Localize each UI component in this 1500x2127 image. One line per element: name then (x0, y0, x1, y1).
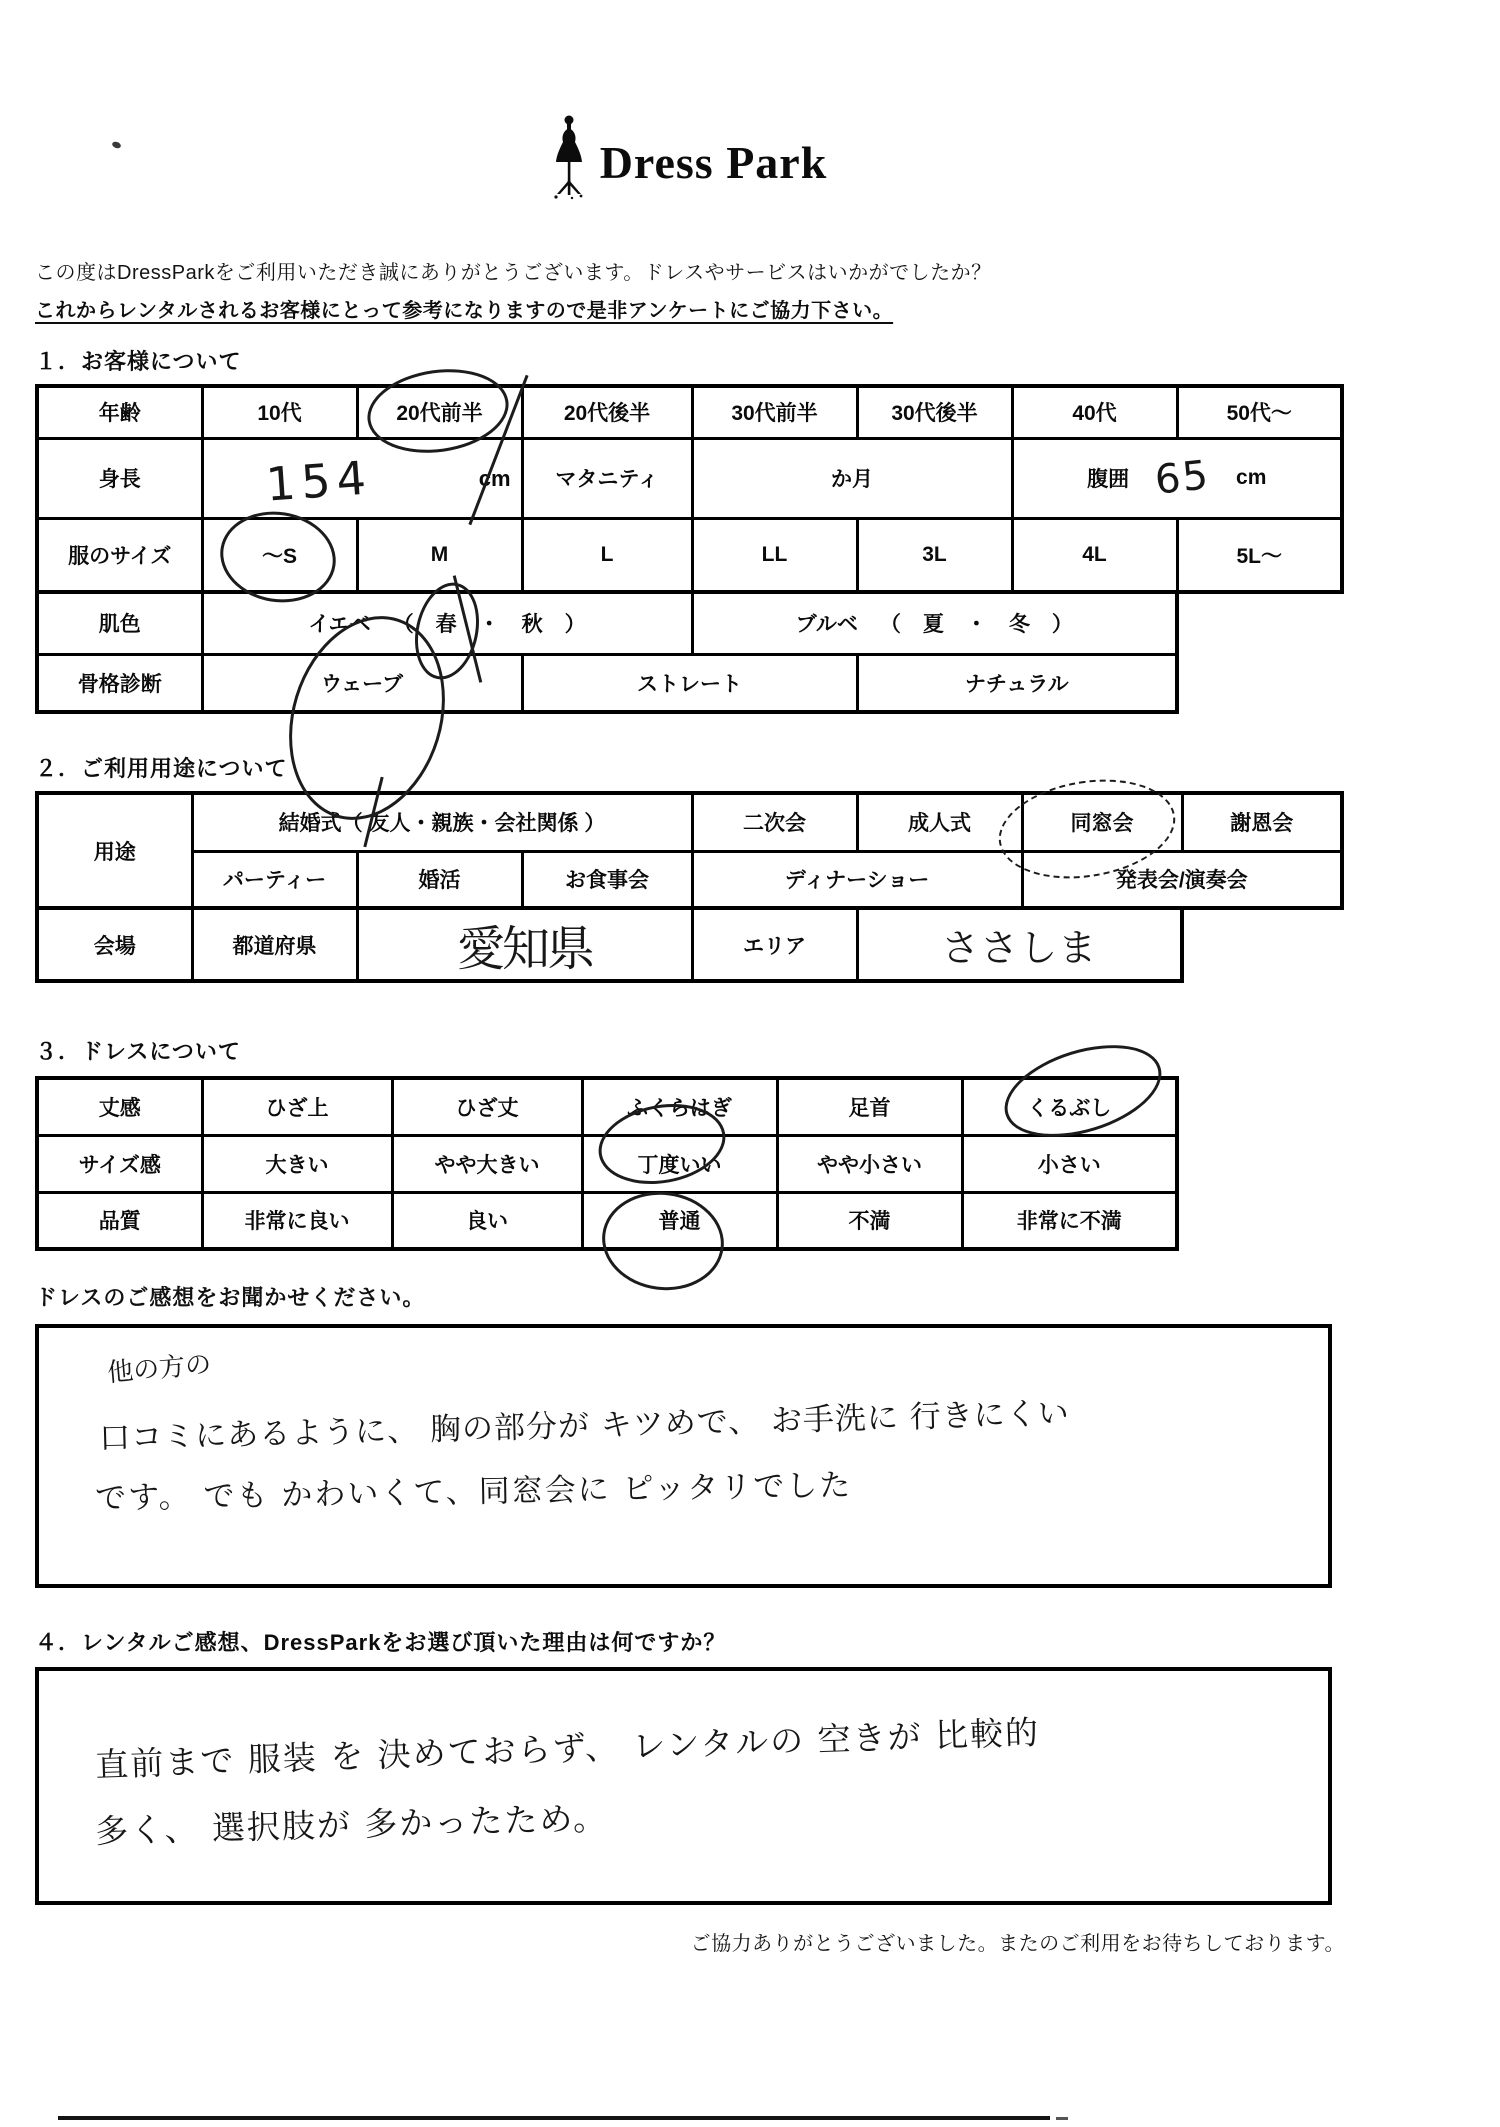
section3-heading: ３．ドレスについて (35, 1035, 1345, 1066)
section1-heading: １．お客様について (35, 345, 1345, 376)
handwritten-waist-value: 65 (1153, 452, 1212, 503)
fit-option-cell: やや大きい (392, 1135, 582, 1192)
customer-info-table-top: 年齢 10代 20代前半 20代後半 30代前半 30代後半 40代 50代～ … (35, 384, 1344, 594)
size-row-label: 服のサイズ (37, 518, 202, 592)
section4-heading: ４．レンタルご感想、DressParkをお選び頂いた理由は何ですか？ (35, 1626, 1345, 1657)
age-option-cell: 50代～ (1177, 386, 1342, 438)
maternity-months-cell: か月 (692, 438, 1012, 518)
dress-rating-table: 丈感 ひざ上 ひざ丈 ふくらはぎ 足首 くるぶし サイズ感 大きい やや大きい … (35, 1076, 1179, 1251)
usage-option-cell: パーティー (192, 851, 357, 908)
handwritten-height-value: 154 (264, 450, 373, 511)
survey-page: Dress Park この度はDressParkをご利用いただき誠にありがとうご… (0, 0, 1500, 2127)
quality-option-cell: 不満 (777, 1192, 962, 1249)
customer-info-table-bottom: 肌色 イエベ （ 春 ・ 秋 ） (35, 590, 1179, 714)
age-option-cell: 30代後半 (857, 386, 1012, 438)
prefecture-label-cell: 都道府県 (192, 908, 357, 981)
size-option-cell: L (522, 518, 692, 592)
quality-option-cell: 非常に不満 (962, 1192, 1177, 1249)
usage-row-label: 用途 (37, 793, 192, 908)
usage-option-cell: 婚活 (357, 851, 522, 908)
skeleton-row-label: 骨格診断 (37, 654, 202, 712)
quality-option-cell-selected: 普通 (582, 1192, 777, 1249)
quality-option-cell: 非常に良い (202, 1192, 392, 1249)
usage-option-cell: 発表会/演奏会 (1022, 851, 1342, 908)
age-option-cell: 30代前半 (692, 386, 857, 438)
area-label-cell: エリア (692, 908, 857, 981)
circle-annotation-quality (596, 1184, 729, 1296)
length-option-cell: ひざ上 (202, 1078, 392, 1135)
length-option-cell: 足首 (777, 1078, 962, 1135)
height-row-label: 身長 (37, 438, 202, 518)
area-value-cell: ささしま (857, 908, 1182, 981)
handwritten-comment-line: です。 でも かわいくて、同窓会に ピッタリでした (95, 1459, 853, 1517)
skin-row-label: 肌色 (37, 592, 202, 654)
intro-line-2: これからレンタルされるお客様にとって参考になりますので是非アンケートにご協力下さ… (35, 294, 1345, 323)
age-option-cell: 40代 (1012, 386, 1177, 438)
fit-row-label: サイズ感 (37, 1135, 202, 1192)
dress-comment-box: 他の方の 口コミにあるように、 胸の部分が キツめで、 お手洗に 行きにくい で… (35, 1324, 1332, 1588)
scan-artifact-line (58, 2116, 1050, 2120)
fit-option-cell: 小さい (962, 1135, 1177, 1192)
venue-row-label: 会場 (37, 908, 192, 981)
length-option-cell: ふくらはぎ (582, 1078, 777, 1135)
waist-cell: 腹囲 65 cm (1012, 438, 1342, 518)
dress-comment-label: ドレスのご感想をお聞かせください。 (35, 1281, 1345, 1312)
handwritten-comment-line: 口コミにあるように、 胸の部分が キツめで、 お手洗に 行きにくい (99, 1387, 1071, 1457)
skeleton-option-cell: ナチュラル (857, 654, 1177, 712)
quality-option-cell: 良い (392, 1192, 582, 1249)
age-option-cell: 10代 (202, 386, 357, 438)
height-value-cell: 154 cm (202, 438, 522, 518)
rental-reason-box: 直前まで 服装 を 決めておらず、 レンタルの 空きが 比較的 多く、 選択肢が… (35, 1667, 1332, 1905)
usage-option-cell: ディナーショー (692, 851, 1022, 908)
handwritten-comment-line: 他の方の (106, 1344, 213, 1390)
handwritten-reason-line: 多く、 選択肢が 多かったため。 (94, 1792, 608, 1852)
usage-option-cell-selected: 同窓会 (1022, 793, 1182, 851)
handwritten-area: ささしま (941, 926, 1097, 970)
length-option-cell: ひざ丈 (392, 1078, 582, 1135)
waist-unit-label: cm (1236, 466, 1266, 490)
logo: Dress Park (35, 0, 1340, 200)
height-unit-label: cm (479, 466, 511, 492)
closing-text: ご協力ありがとうございました。またのご利用をお待ちしております。 (35, 1927, 1345, 1956)
usage-table-venue: 会場 都道府県 愛知県 エリア ささしま (35, 906, 1184, 983)
size-option-cell: 4L (1012, 518, 1177, 592)
size-option-cell: LL (692, 518, 857, 592)
size-option-cell-selected: ～S (202, 518, 357, 592)
scan-artifact-line (1056, 2117, 1068, 2120)
usage-option-cell: お食事会 (522, 851, 692, 908)
handwritten-reason-line: 直前まで 服装 を 決めておらず、 レンタルの 空きが 比較的 (94, 1707, 1040, 1787)
fit-option-cell: 大きい (202, 1135, 392, 1192)
size-option-cell: 5L～ (1177, 518, 1342, 592)
section2-heading: ２．ご利用用途について (35, 752, 1345, 783)
usage-option-cell: 謝恩会 (1182, 793, 1342, 851)
usage-option-cell: 成人式 (857, 793, 1022, 851)
length-row-label: 丈感 (37, 1078, 202, 1135)
age-option-cell-selected: 20代前半 (357, 386, 522, 438)
length-option-cell-selected: くるぶし (962, 1078, 1177, 1135)
size-option-cell: M (357, 518, 522, 592)
quality-row-label: 品質 (37, 1192, 202, 1249)
usage-table-top: 用途 結婚式（ 友人・親族・会社関係 ） 二次会 成人式 同窓会 謝恩会 パーテ… (35, 791, 1344, 910)
skin-yellow-cell: イエベ （ 春 ・ 秋 ） (202, 592, 692, 654)
skeleton-option-cell: ストレート (522, 654, 857, 712)
intro-line-1: この度はDressParkをご利用いただき誠にありがとうございます。ドレスやサー… (35, 256, 1345, 285)
skin-blue-cell: ブルベ （ 夏 ・ 冬 ） (692, 592, 1177, 654)
age-option-cell: 20代後半 (522, 386, 692, 438)
skeleton-option-cell-selected: ウェーブ (202, 654, 522, 712)
prefecture-value-cell: 愛知県 (357, 908, 692, 981)
logo-text: Dress Park (600, 140, 828, 200)
maternity-label-cell: マタニティ (522, 438, 692, 518)
waist-label: 腹囲 (1087, 463, 1129, 493)
handwritten-prefecture: 愛知県 (457, 921, 592, 977)
size-option-cell: 3L (857, 518, 1012, 592)
age-row-label: 年齢 (37, 386, 202, 438)
fit-option-cell-selected: 丁度いい (582, 1135, 777, 1192)
usage-option-cell: 結婚式（ 友人・親族・会社関係 ） (192, 793, 692, 851)
dress-form-logo-icon (548, 114, 590, 200)
fit-option-cell: やや小さい (777, 1135, 962, 1192)
usage-option-cell: 二次会 (692, 793, 857, 851)
